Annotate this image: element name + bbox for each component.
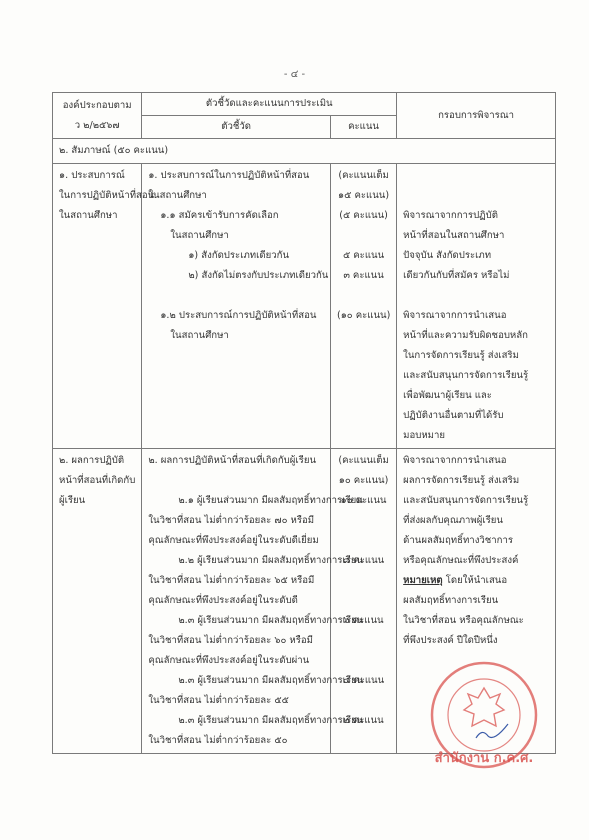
- criteria-text: เดียวกันกับที่สมัคร หรือไม่: [403, 266, 549, 286]
- score-text: ๑๐ คะแนน): [337, 471, 390, 491]
- component-cell: ๑. ประสบการณ์ในการปฏิบัติหน้าที่สอนในสถา…: [53, 164, 142, 449]
- criteria-text: ด้านผลสัมฤทธิ์ทางวิชาการ: [403, 531, 549, 551]
- indicator-text: ในวิชาที่สอน ไม่ต่ำกว่าร้อยละ ๕๐: [148, 731, 324, 751]
- component-cell: ๒. ผลการปฏิบัติหน้าที่สอนที่เกิดกับผู้เร…: [53, 449, 142, 754]
- score-text: (คะแนนเต็ม: [337, 451, 390, 471]
- criteria-text: พิจารณาจากการนำเสนอ: [403, 306, 549, 326]
- note-text: ที่พึงประสงค์ ปีใดปีหนึ่ง: [403, 631, 549, 651]
- score-text: [337, 591, 390, 611]
- page-number: - ๔ -: [0, 67, 589, 82]
- score-text: [337, 651, 390, 671]
- header-criteria: กรอบการพิจารณา: [397, 93, 556, 139]
- note-text: ผลสัมฤทธิ์ทางการเรียน: [403, 591, 549, 611]
- indicator-text: คุณลักษณะที่พึงประสงค์อยู่ในระดับดี: [148, 591, 324, 611]
- indicator-text: ในวิชาที่สอน ไม่ต่ำกว่าร้อยละ ๖๐ หรือมี: [148, 631, 324, 651]
- score-text: ๑๕ คะแนน): [337, 186, 390, 206]
- score-text: [337, 286, 390, 306]
- criteria-text: พิจารณาจากการปฏิบัติ: [403, 206, 549, 226]
- table-row: ๑. ประสบการณ์ในการปฏิบัติหน้าที่สอนในสถา…: [53, 164, 556, 449]
- indicator-cell: ๑. ประสบการณ์ในการปฏิบัติหน้าที่สอนในสถา…: [142, 164, 331, 449]
- score-text: (๑๐ คะแนน): [337, 306, 390, 326]
- criteria-text: พิจารณาจากการนำเสนอ: [403, 451, 549, 471]
- indicator-text: คุณลักษณะที่พึงประสงค์อยู่ในระดับผ่าน: [148, 651, 324, 671]
- score-text: [337, 511, 390, 531]
- score-text: [337, 631, 390, 651]
- criteria-text: เพื่อพัฒนาผู้เรียน และ: [403, 386, 549, 406]
- component-text: ๑. ประสบการณ์: [59, 166, 135, 186]
- criteria-text: และสนับสนุนการจัดการเรียนรู้: [403, 366, 549, 386]
- criteria-text: ผลการจัดการเรียนรู้ ส่งเสริม: [403, 471, 549, 491]
- criteria-text: มอบหมาย: [403, 426, 549, 446]
- indicator-text: คุณลักษณะที่พึงประสงค์อยู่ในระดับดีเยี่ย…: [148, 531, 324, 551]
- header-score: คะแนน: [330, 116, 396, 139]
- indicator-text: ในสถานศึกษา: [148, 226, 324, 246]
- score-text: ๑๐ คะแนน: [337, 491, 390, 511]
- indicator-text: ๒. ผลการปฏิบัติหน้าที่สอนที่เกิดกับผู้เร…: [148, 451, 324, 471]
- indicator-text: ๑.๒ ประสบการณ์การปฏิบัติหน้าที่สอน: [148, 306, 324, 326]
- score-text: [337, 226, 390, 246]
- score-text: (คะแนนเต็ม: [337, 166, 390, 186]
- note-label: หมายเหตุ: [403, 575, 443, 586]
- component-text: หน้าที่สอนที่เกิดกับ: [59, 471, 135, 491]
- criteria-text: ที่ส่งผลกับคุณภาพผู้เรียน: [403, 511, 549, 531]
- component-text: ในสถานศึกษา: [59, 206, 135, 226]
- indicator-text: ในสถานศึกษา: [148, 186, 324, 206]
- score-text: [337, 531, 390, 551]
- indicator-text: ๑.๑ สมัครเข้ารับการคัดเลือก: [148, 206, 324, 226]
- score-text: ๕ คะแนน: [337, 246, 390, 266]
- criteria-text: [403, 286, 549, 306]
- indicator-text: [148, 471, 324, 491]
- score-text: ๖ คะแนน: [337, 611, 390, 631]
- score-text: [337, 691, 390, 711]
- component-text: ในการปฏิบัติหน้าที่สอน: [59, 186, 135, 206]
- criteria-text: หน้าที่สอนในสถานศึกษา: [403, 226, 549, 246]
- indicator-text: ๒.๓ ผู้เรียนส่วนมาก มีผลสัมฤทธิ์ทางการเร…: [148, 671, 324, 691]
- note-text: ในวิชาที่สอน หรือคุณลักษณะ: [403, 611, 549, 631]
- criteria-text: หรือคุณลักษณะที่พึงประสงค์: [403, 551, 549, 571]
- indicator-text: ในสถานศึกษา: [148, 326, 324, 346]
- component-text: ผู้เรียน: [59, 491, 135, 511]
- header-group-title: ตัวชี้วัดและคะแนนการประเมิน: [142, 93, 397, 116]
- score-text: (๕ คะแนน): [337, 206, 390, 226]
- criteria-cell: พิจารณาจากการปฏิบัติหน้าที่สอนในสถานศึกษ…: [397, 164, 556, 449]
- criteria-text: หน้าที่และความรับผิดชอบหลัก: [403, 326, 549, 346]
- indicator-cell: ๒. ผลการปฏิบัติหน้าที่สอนที่เกิดกับผู้เร…: [142, 449, 331, 754]
- criteria-text: ปฏิบัติงานอื่นตามที่ได้รับ: [403, 406, 549, 426]
- header-component: องค์ประกอบตาม ว ๒/๒๕๖๗: [53, 93, 142, 139]
- criteria-text: [403, 166, 549, 186]
- criteria-text: และสนับสนุนการจัดการเรียนรู้: [403, 491, 549, 511]
- indicator-text: ๑. ประสบการณ์ในการปฏิบัติหน้าที่สอน: [148, 166, 324, 186]
- score-text: ๔ คะแนน: [337, 671, 390, 691]
- header-indicator: ตัวชี้วัด: [142, 116, 331, 139]
- evaluation-table: องค์ประกอบตาม ว ๒/๒๕๖๗ ตัวชี้วัดและคะแนน…: [52, 92, 556, 754]
- indicator-text: ๑) สังกัดประเภทเดียวกัน: [148, 246, 324, 266]
- criteria-text: [403, 186, 549, 206]
- indicator-text: ๒.๑ ผู้เรียนส่วนมาก มีผลสัมฤทธิ์ทางการเร…: [148, 491, 324, 511]
- indicator-text: ๒.๓ ผู้เรียนส่วนมาก มีผลสัมฤทธิ์ทางการเร…: [148, 711, 324, 731]
- score-text: [337, 571, 390, 591]
- office-seal-stamp: สำนักงาน ก.ค.ศ.: [424, 660, 544, 770]
- score-cell: (คะแนนเต็ม๑๕ คะแนน)(๕ คะแนน)๕ คะแนน๓ คะแ…: [330, 164, 396, 449]
- indicator-text: ๒.๒ ผู้เรียนส่วนมาก มีผลสัมฤทธิ์ทางการเร…: [148, 551, 324, 571]
- score-text: ๒ คะแนน: [337, 711, 390, 731]
- score-text: ๘ คะแนน: [337, 551, 390, 571]
- criteria-text: ปัจจุบัน สังกัดประเภท: [403, 246, 549, 266]
- component-text: ๒. ผลการปฏิบัติ: [59, 451, 135, 471]
- indicator-text: ในวิชาที่สอน ไม่ต่ำกว่าร้อยละ ๗๐ หรือมี: [148, 511, 324, 531]
- score-text: ๓ คะแนน: [337, 266, 390, 286]
- criteria-text: ในการจัดการเรียนรู้ ส่งเสริม: [403, 346, 549, 366]
- indicator-text: ๒.๓ ผู้เรียนส่วนมาก มีผลสัมฤทธิ์ทางการเร…: [148, 611, 324, 631]
- stamp-text: สำนักงาน ก.ค.ศ.: [435, 750, 534, 766]
- indicator-text: [148, 286, 324, 306]
- section-title: ๒. สัมภาษณ์ (๕๐ คะแนน): [53, 139, 556, 164]
- indicator-text: ในวิชาที่สอน ไม่ต่ำกว่าร้อยละ ๕๕: [148, 691, 324, 711]
- indicator-text: ในวิชาที่สอน ไม่ต่ำกว่าร้อยละ ๖๕ หรือมี: [148, 571, 324, 591]
- score-cell: (คะแนนเต็ม๑๐ คะแนน)๑๐ คะแนน๘ คะแนน๖ คะแน…: [330, 449, 396, 754]
- indicator-text: ๒) สังกัดไม่ตรงกับประเภทเดียวกัน: [148, 266, 324, 286]
